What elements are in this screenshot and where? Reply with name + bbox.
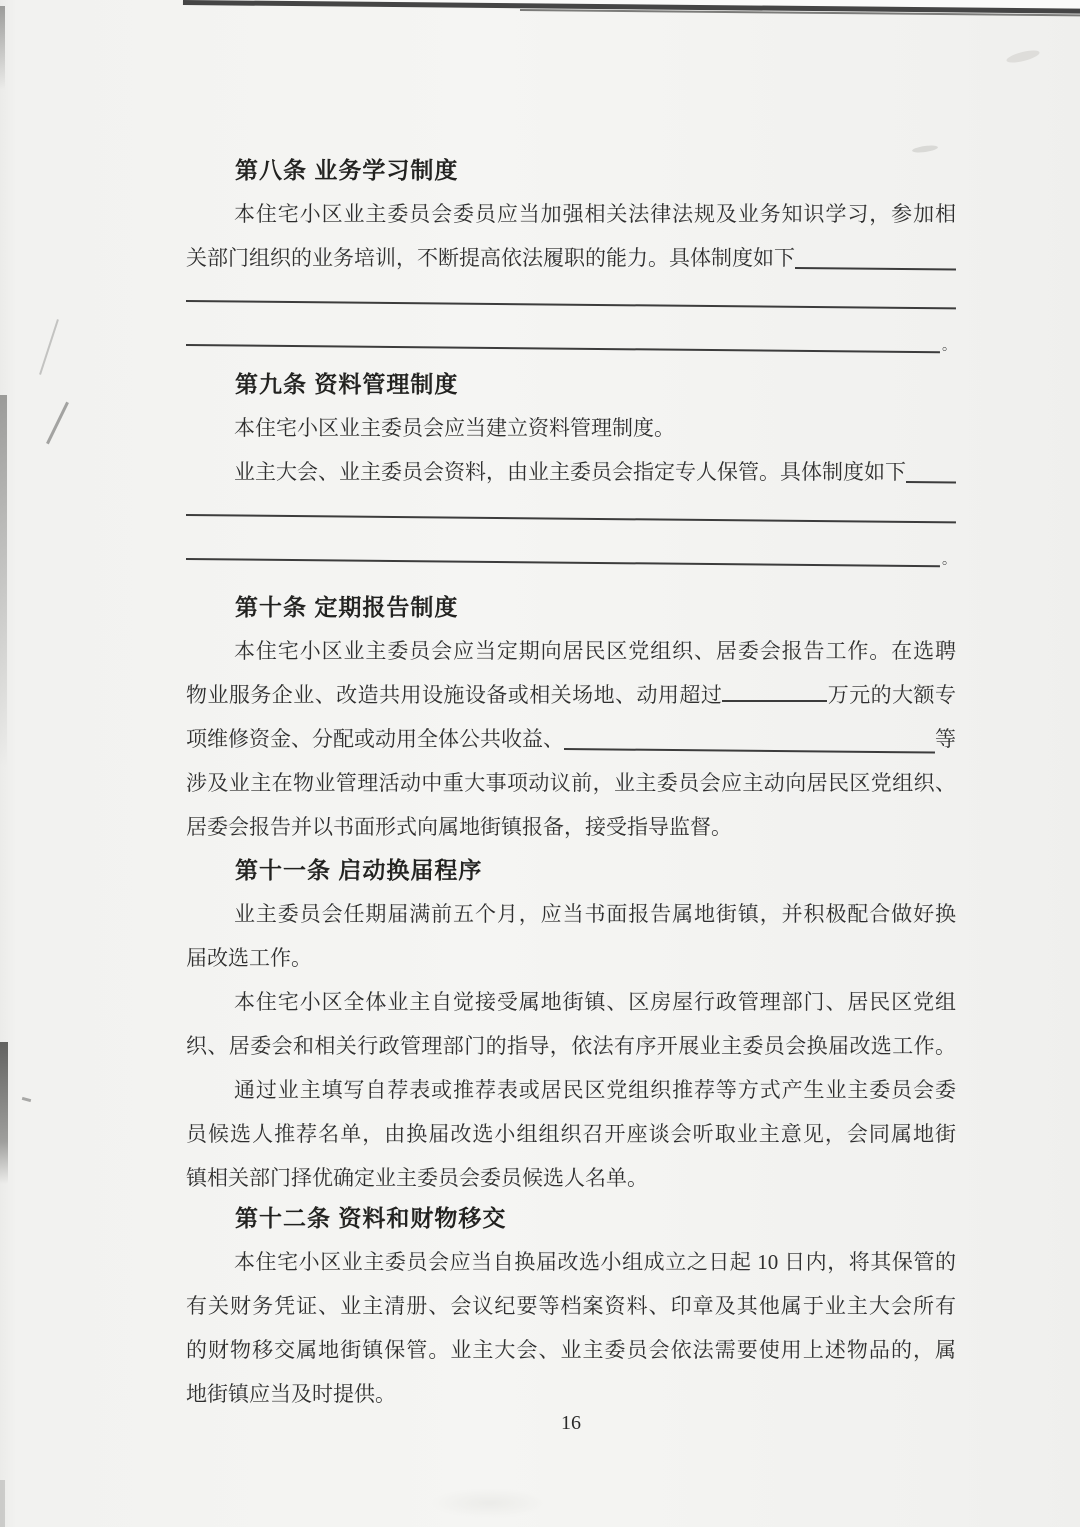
paragraph-line: 有关财务凭证、业主清册、会议纪要等档案资料、印章及其他属于业主大会所有 <box>186 1284 956 1328</box>
scan-left-edge-shadow <box>0 1480 5 1527</box>
blank-rule-line: 。 <box>186 538 956 582</box>
paragraph-line: 本住宅小区业主委员会应当建立资料管理制度。 <box>186 406 956 450</box>
article-heading: 第十二条 资料和财物移交 <box>186 1196 956 1240</box>
paragraph-line: 本住宅小区全体业主自觉接受属地街镇、区房屋行政管理部门、居民区党组 <box>186 980 956 1024</box>
scan-top-edge-line-echo <box>520 9 1080 16</box>
article-heading: 第十条 定期报告制度 <box>186 585 956 629</box>
article-heading: 第十一条 启动换届程序 <box>186 848 956 892</box>
fill-in-blank-line: 项维修资金、分配或动用全体公共收益、等 <box>186 717 956 761</box>
fill-in-blank-line: 关部门组织的业务培训，不断提高依法履职的能力。具体制度如下 <box>186 236 956 280</box>
paragraph-text: 业主大会、业主委员会资料，由业主委员会指定专人保管。具体制度如下 <box>234 450 906 494</box>
blank-underline <box>186 538 940 582</box>
paragraph-line: 织、居委会和相关行政管理部门的指导，依法有序开展业主委员会换届改选工作。 <box>186 1024 956 1068</box>
paragraph-line: 业主委员会任期届满前五个月，应当书面报告属地街镇，并积极配合做好换 <box>186 892 956 936</box>
blank-underline <box>564 717 935 761</box>
paragraph-line: 届改选工作。 <box>186 936 956 980</box>
paragraph-text: 关部门组织的业务培训，不断提高依法履职的能力。具体制度如下 <box>186 236 795 280</box>
blank-underline <box>906 450 956 494</box>
paragraph-text: 物业服务企业、改造共用设施设备或相关场地、动用超过 <box>186 683 722 707</box>
paper-crease-mark <box>39 319 59 375</box>
scanned-document-page: { "colors": { "paper": "#f3f3f1", "ink":… <box>0 0 1080 1527</box>
scan-smudge <box>430 1488 550 1518</box>
blank-underline <box>722 699 827 702</box>
paragraph-line: 通过业主填写自荐表或推荐表或居民区党组织推荐等方式产生业主委员会委 <box>186 1068 956 1112</box>
paragraph-line: 镇相关部门择优确定业主委员会委员候选人名单。 <box>186 1156 956 1200</box>
paragraph-text: 项维修资金、分配或动用全体公共收益、 <box>186 717 564 761</box>
paragraph-line: 涉及业主在物业管理活动中重大事项动议前，业主委员会应主动向居民区党组织、 <box>186 761 956 805</box>
blank-underline <box>795 236 956 280</box>
article-section: 第十二条 资料和财物移交本住宅小区业主委员会应当自换届改选小组成立之日起 10 … <box>186 1196 956 1416</box>
paragraph-line: 居委会报告并以书面形式向属地街镇报备，接受指导监督。 <box>186 805 956 849</box>
paragraph-line: 本住宅小区业主委员会应当定期向居民区党组织、居委会报告工作。在选聘 <box>186 629 956 673</box>
paragraph-text: 万元的大额专 <box>827 683 956 707</box>
article-heading: 第八条 业务学习制度 <box>186 148 956 192</box>
article-section: 第十条 定期报告制度本住宅小区业主委员会应当定期向居民区党组织、居委会报告工作。… <box>186 585 956 849</box>
blank-rule-line <box>186 280 956 324</box>
scan-top-edge-line <box>183 0 1080 14</box>
scan-left-edge-shadow <box>0 1042 8 1184</box>
scan-left-edge-shadow <box>0 6 5 90</box>
paragraph-text: 等 <box>935 717 956 761</box>
paper-crease-mark <box>22 1097 31 1102</box>
blank-underline <box>186 280 956 324</box>
blank-underline <box>186 494 956 538</box>
article-heading: 第九条 资料管理制度 <box>186 362 956 406</box>
scan-page-edge-highlight <box>182 0 1080 9</box>
period-suffix: 。 <box>940 554 956 582</box>
article-section: 第十一条 启动换届程序业主委员会任期届满前五个月，应当书面报告属地街镇，并积极配… <box>186 848 956 1200</box>
scan-left-edge-shadow <box>0 395 7 767</box>
paper-crease-mark <box>46 402 69 445</box>
paragraph-line: 的财物移交属地街镇保管。业主大会、业主委员会依法需要使用上述物品的，属 <box>186 1328 956 1372</box>
paragraph-line: 本住宅小区业主委员会应当自换届改选小组成立之日起 10 日内，将其保管的 <box>186 1240 956 1284</box>
paragraph-line: 本住宅小区业主委员会委员应当加强相关法律法规及业务知识学习，参加相 <box>186 192 956 236</box>
fill-in-blank-line: 物业服务企业、改造共用设施设备或相关场地、动用超过万元的大额专 <box>186 673 956 717</box>
paragraph-line: 地街镇应当及时提供。 <box>186 1372 956 1416</box>
article-section: 第八条 业务学习制度本住宅小区业主委员会委员应当加强相关法律法规及业务知识学习，… <box>186 148 956 368</box>
fill-in-blank-line: 业主大会、业主委员会资料，由业主委员会指定专人保管。具体制度如下 <box>186 450 956 494</box>
article-section: 第九条 资料管理制度本住宅小区业主委员会应当建立资料管理制度。业主大会、业主委员… <box>186 362 956 582</box>
blank-rule-line <box>186 494 956 538</box>
paragraph-line: 员候选人推荐名单，由换届改选小组组织召开座谈会听取业主意见，会同属地街 <box>186 1112 956 1156</box>
scan-smudge <box>1005 48 1040 65</box>
